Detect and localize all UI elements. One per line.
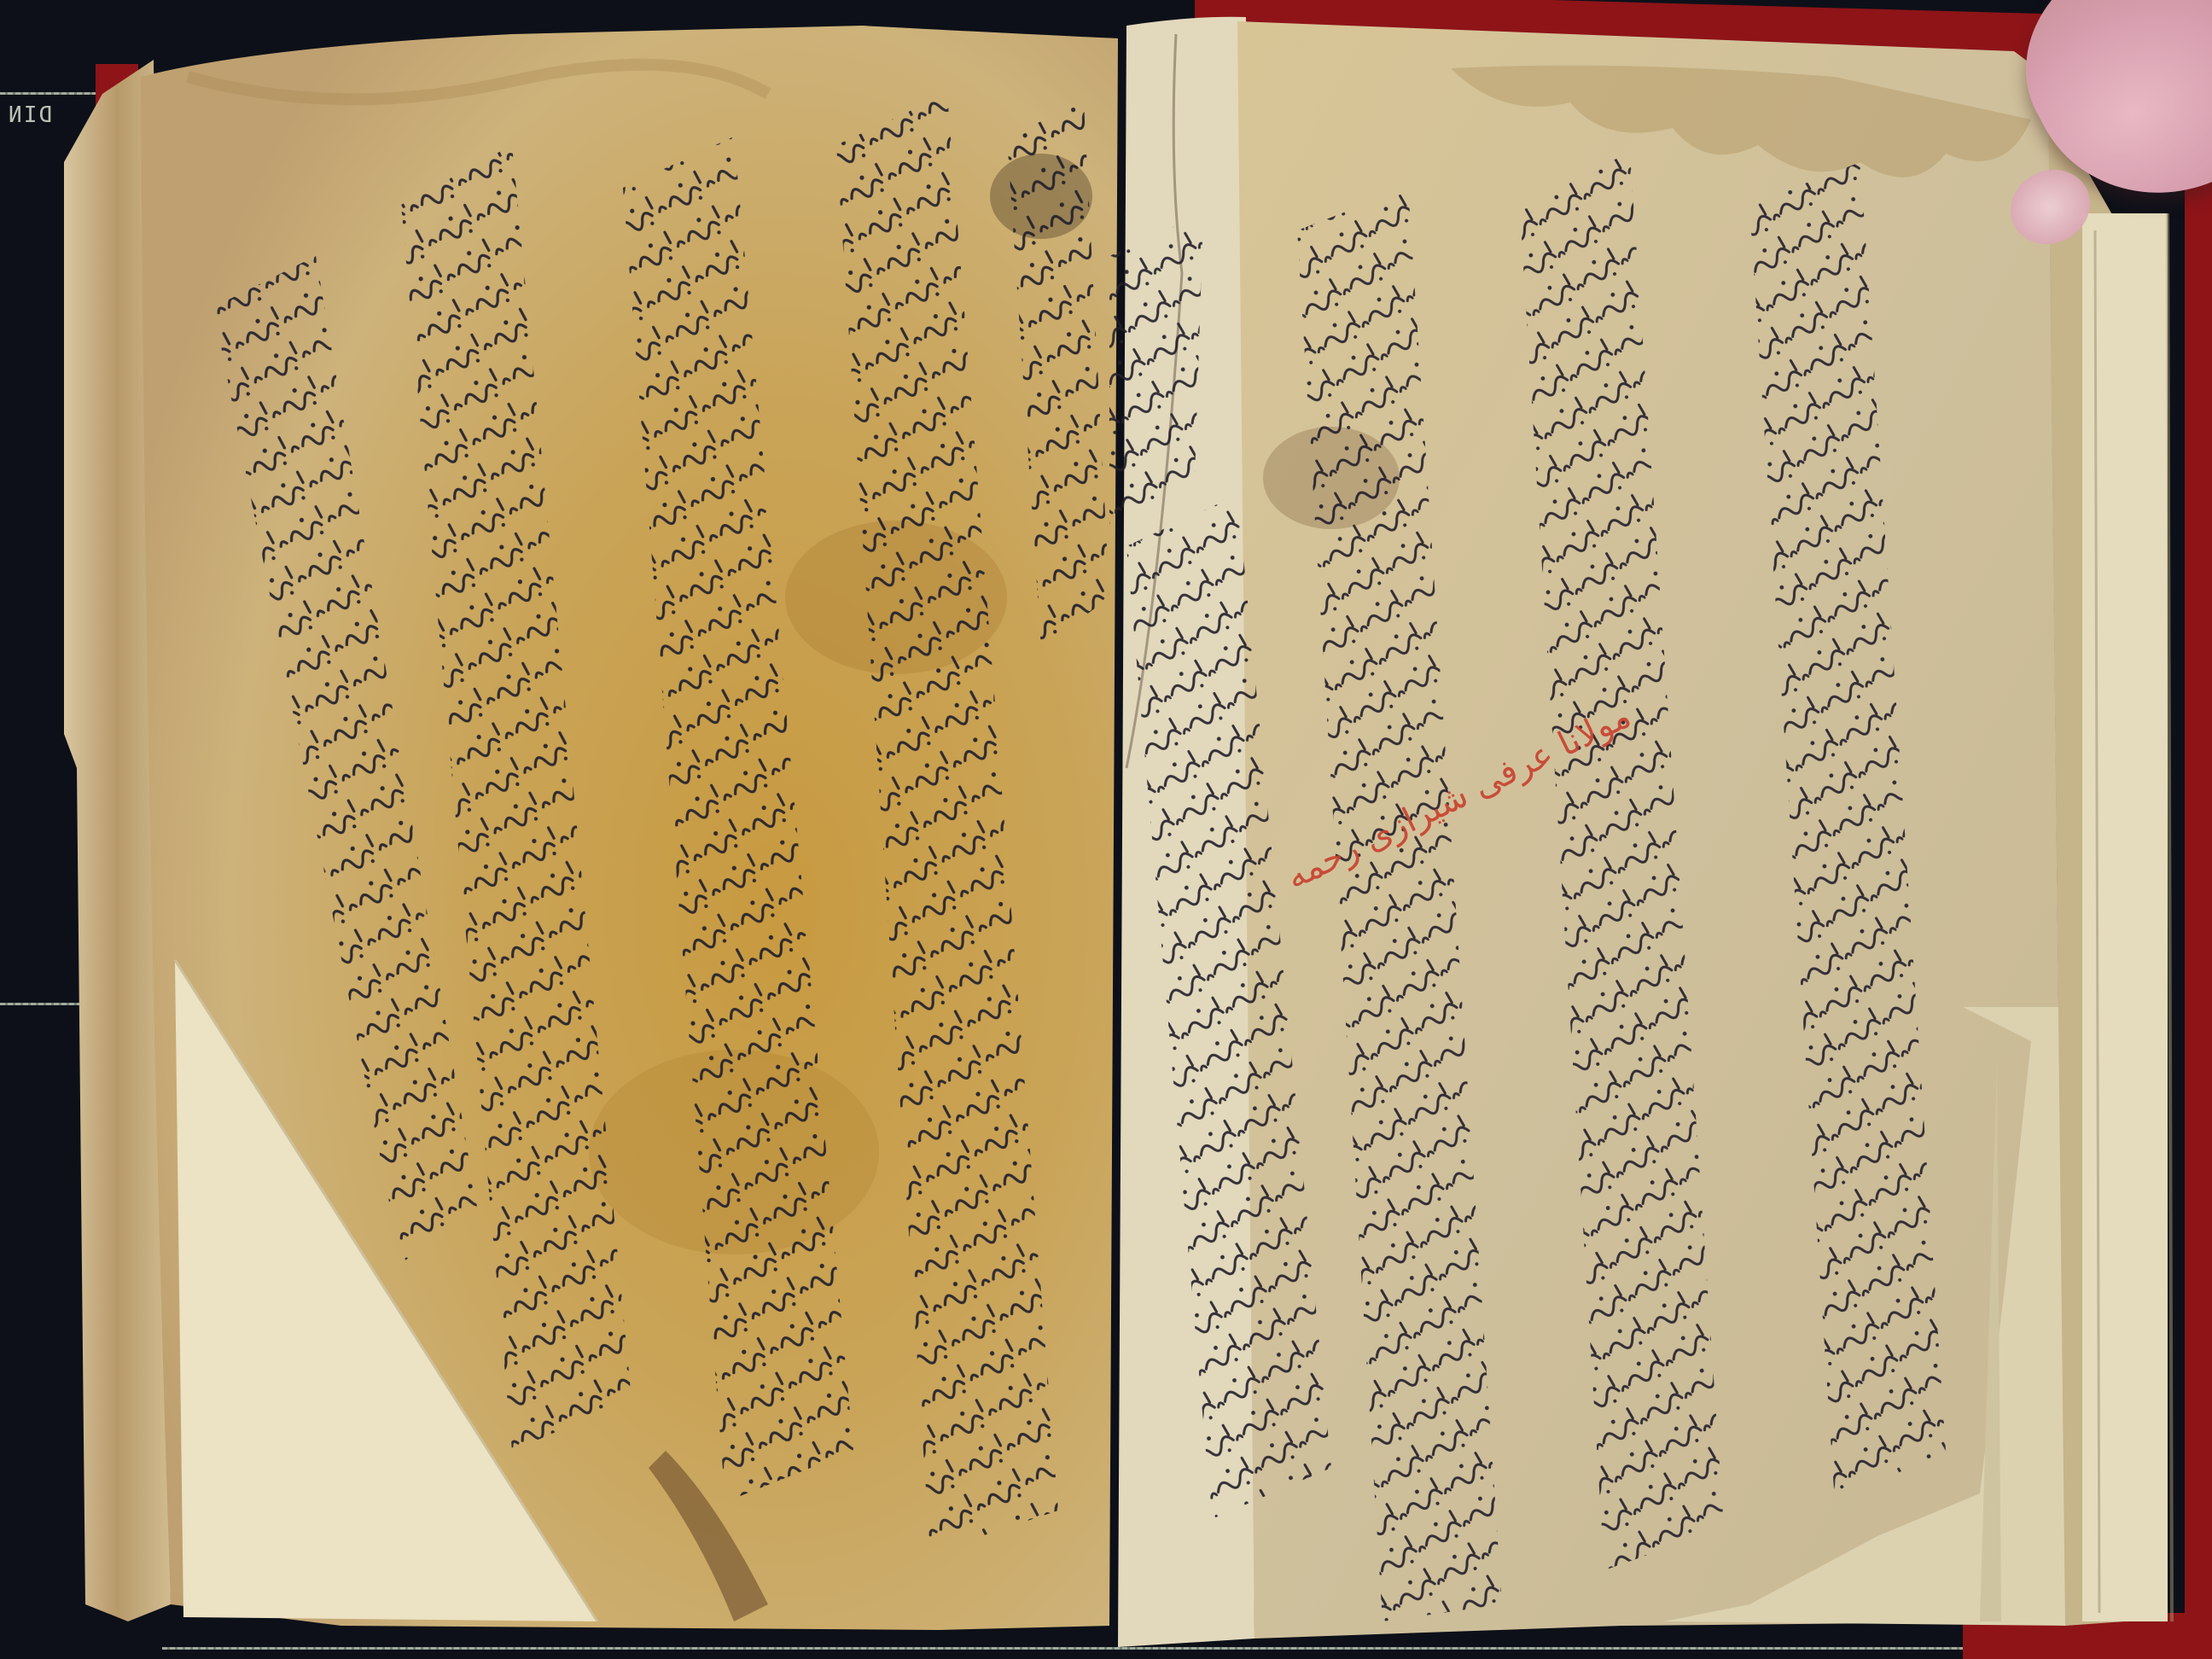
manuscript-photo: DIN xyxy=(0,0,2212,1659)
manuscript-drawing xyxy=(0,0,2212,1659)
